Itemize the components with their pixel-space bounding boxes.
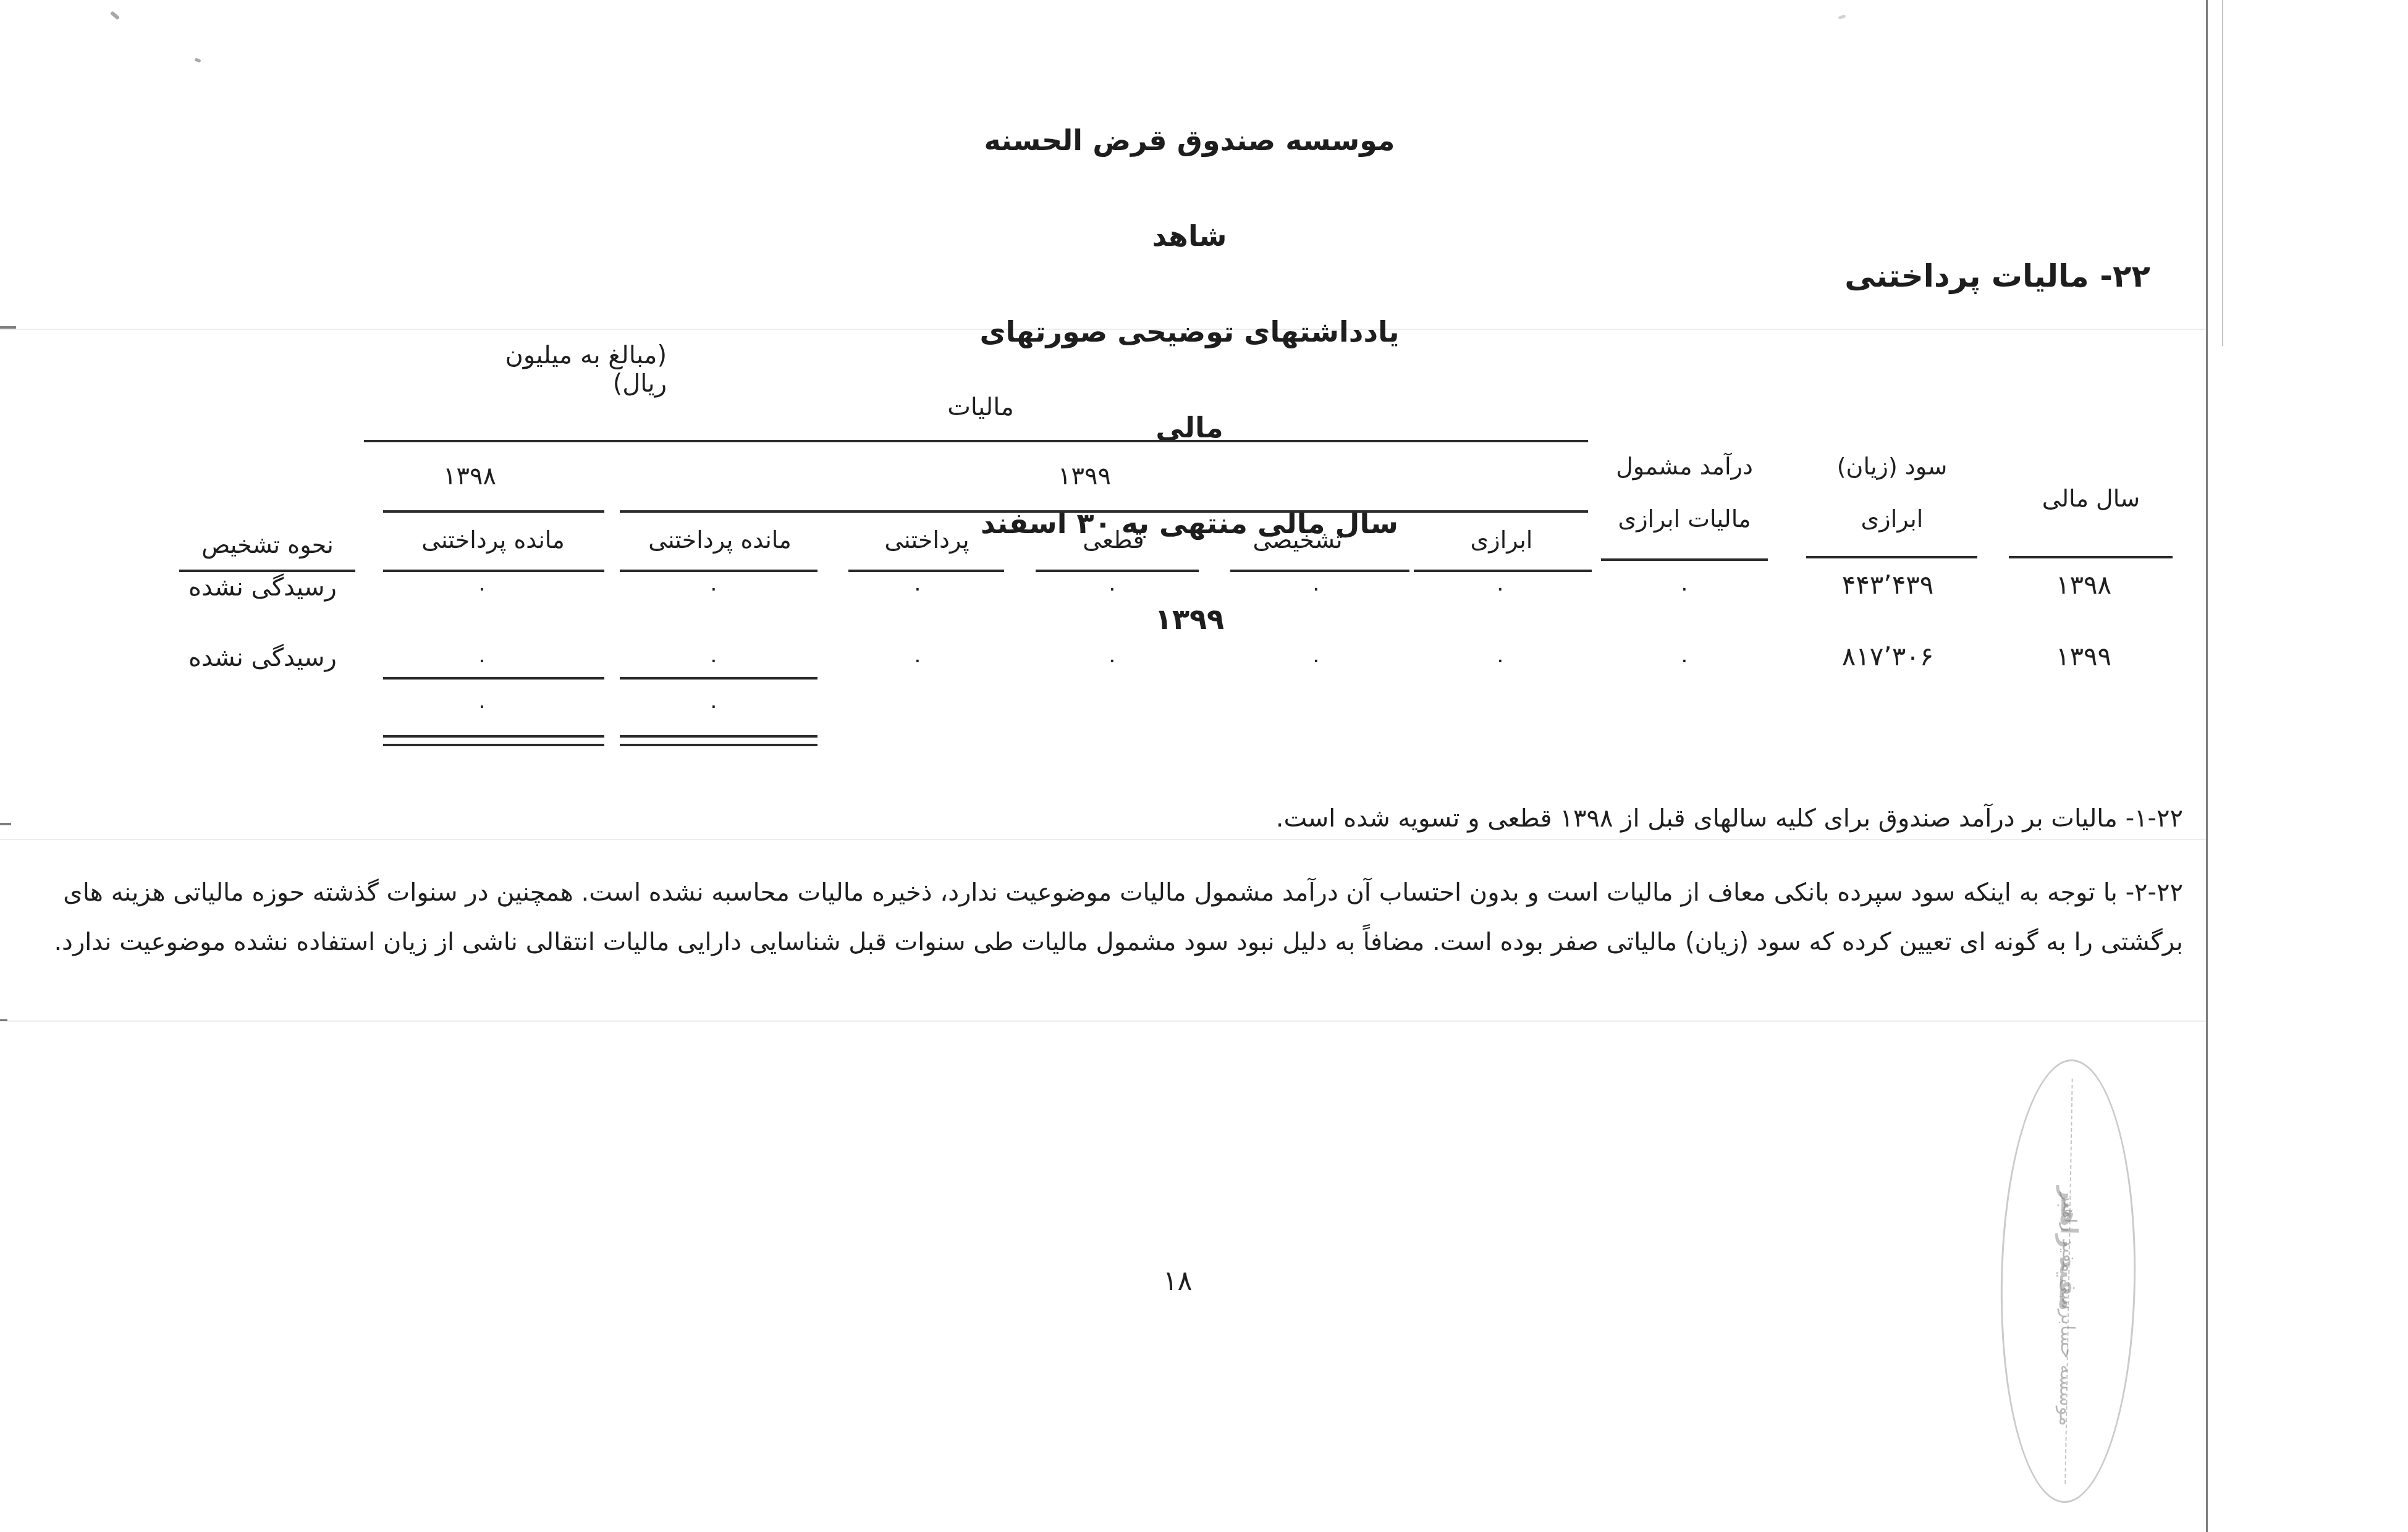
col-header-balance-1398: مانده پرداختنی bbox=[370, 526, 617, 553]
col-header-assessed: تشخیصی bbox=[1205, 526, 1390, 553]
scan-artifact-line-1 bbox=[0, 329, 2206, 330]
table-rule-year1398 bbox=[383, 510, 604, 513]
table-group-header-tax: مالیات bbox=[888, 393, 1073, 421]
row1-declared-profit: ۴۴۳٬۴۳۹ bbox=[1764, 570, 2011, 600]
scan-speck-3 bbox=[1838, 14, 1846, 20]
scan-edge-dash-3 bbox=[0, 1019, 7, 1021]
rule-balance-1398 bbox=[383, 570, 604, 572]
rule-declared bbox=[1414, 570, 1592, 572]
units-caption: (مبالغ به میلیون ریال) bbox=[475, 341, 667, 398]
page-edge-vertical-line bbox=[2206, 0, 2208, 1532]
rule-total-top-1399 bbox=[620, 677, 817, 680]
scan-speck-1 bbox=[110, 11, 120, 20]
row1-year: ۱۳۹۸ bbox=[1991, 570, 2176, 600]
col-header-assessment-method: نحوه تشخیص bbox=[156, 531, 379, 558]
row1-taxable-income: ۰ bbox=[1647, 576, 1722, 600]
row2-tax-final: ۰ bbox=[1075, 647, 1149, 672]
page-number: ۱۸ bbox=[1163, 1265, 1192, 1297]
total-balance-1398: ۰ bbox=[445, 693, 519, 718]
col-header-payable: پرداختنی bbox=[834, 526, 1020, 553]
rule-final bbox=[1036, 570, 1199, 572]
scan-edge-dash-1 bbox=[0, 326, 16, 329]
row2-tax-payable: ۰ bbox=[881, 647, 955, 672]
row2-tax-assessed: ۰ bbox=[1279, 647, 1353, 672]
note-22-2-line2: برگشتی را به گونه ای تعیین کرده که سود (… bbox=[218, 928, 2183, 956]
note-22-1: ۱-۲۲- مالیات بر درآمد صندوق برای کلیه سا… bbox=[1276, 804, 2183, 833]
scan-artifact-line-2 bbox=[0, 839, 2206, 840]
row2-declared-profit: ۸۱۷٬۳۰۶ bbox=[1764, 641, 2011, 671]
row1-tax-assessed: ۰ bbox=[1279, 576, 1353, 600]
rule-declared-profit bbox=[1806, 556, 1977, 558]
rule-double1-1398 bbox=[383, 735, 604, 738]
table-year-1398: ۱۳۹۸ bbox=[408, 462, 531, 490]
section-title: ۲۲- مالیات پرداختنی bbox=[1844, 258, 2150, 294]
report-title: یادداشتهای توضیحی صورتهای مالی bbox=[942, 284, 1437, 476]
scan-speck-2 bbox=[194, 57, 201, 62]
row1-tax-declared: ۰ bbox=[1463, 576, 1537, 600]
rule-taxable-income bbox=[1601, 558, 1768, 561]
page-edge-vertical-line-partial bbox=[2222, 0, 2223, 346]
document-page: موسسه صندوق قرض الحسنه شاهد یادداشتهای ت… bbox=[0, 0, 2408, 1532]
row1-assessment: رسیدگی نشده bbox=[151, 573, 374, 602]
total-balance-1399: ۰ bbox=[677, 693, 751, 718]
rule-double2-1399 bbox=[620, 744, 817, 746]
company-name: موسسه صندوق قرض الحسنه شاهد bbox=[942, 93, 1437, 284]
col-header-taxable-income-line2: مالیات ابرازی bbox=[1561, 505, 1808, 532]
table-year-1399: ۱۳۹۹ bbox=[1023, 462, 1146, 490]
rule-total-top-1398 bbox=[383, 677, 604, 680]
row1-balance-1398: ۰ bbox=[445, 576, 519, 600]
rule-assessed bbox=[1230, 570, 1409, 572]
rule-double2-1398 bbox=[383, 744, 604, 746]
auditor-stamp: موسسه حسابرسی مفید راهبر مفید راهبر bbox=[1997, 1058, 2139, 1504]
row2-balance-1398: ۰ bbox=[445, 647, 519, 672]
row2-taxable-income: ۰ bbox=[1647, 647, 1722, 672]
row2-tax-declared: ۰ bbox=[1463, 647, 1537, 672]
col-header-balance-1399: مانده پرداختنی bbox=[596, 526, 843, 553]
row1-tax-final: ۰ bbox=[1075, 576, 1149, 600]
rule-payable bbox=[848, 570, 1004, 572]
scan-artifact-line-3 bbox=[0, 1021, 2206, 1022]
row1-tax-payable: ۰ bbox=[881, 576, 955, 600]
stamp-inner-text: مفید راهبر bbox=[2053, 1094, 2085, 1404]
rule-assessment-method bbox=[179, 570, 355, 572]
col-header-declared: ابرازی bbox=[1409, 526, 1594, 553]
row2-year: ۱۳۹۹ bbox=[1991, 641, 2176, 671]
report-header: موسسه صندوق قرض الحسنه شاهد یادداشتهای ت… bbox=[942, 93, 1437, 667]
table-rule-year1399 bbox=[620, 510, 1588, 513]
rule-double1-1399 bbox=[620, 735, 817, 738]
row2-assessment: رسیدگی نشده bbox=[151, 644, 374, 672]
rule-balance-1399 bbox=[620, 570, 817, 572]
row2-balance-1399: ۰ bbox=[677, 647, 751, 672]
col-header-final: قطعی bbox=[1021, 526, 1206, 553]
col-header-taxable-income-line1: درآمد مشمول bbox=[1561, 453, 1808, 480]
row1-balance-1399: ۰ bbox=[677, 576, 751, 600]
table-rule-tax-overline bbox=[364, 440, 1588, 442]
scan-edge-dash-2 bbox=[0, 823, 11, 825]
note-22-2-line1: ۲-۲۲- با توجه به اینکه سود سپرده بانکی م… bbox=[218, 878, 2183, 907]
rule-fiscal-year bbox=[2009, 556, 2173, 558]
